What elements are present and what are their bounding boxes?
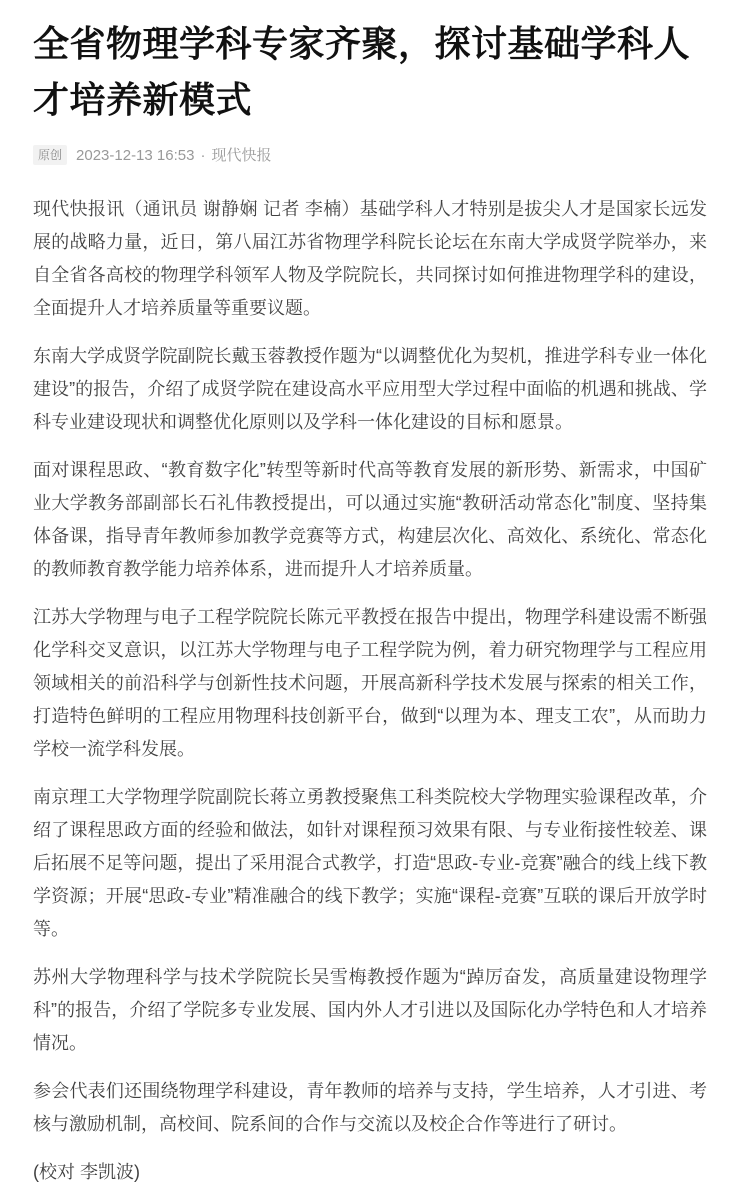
publish-datetime: 2023-12-13 16:53 — [76, 147, 194, 164]
article-paragraph-suda: 苏州大学物理科学与技术学院院长吴雪梅教授作题为“踔厉奋发，高质量建设物理学科”的… — [33, 961, 707, 1060]
proofreader-line: (校对 李凯波) — [33, 1156, 707, 1189]
article-meta: 原创 2023-12-13 16:53 · 现代快报 — [33, 144, 707, 165]
article-paragraph-njust: 南京理工大学物理学院副院长蒋立勇教授聚焦工科类院校大学物理实验课程改革，介绍了课… — [33, 781, 707, 946]
article-paragraph-cumt: 面对课程思政、“教育数字化”转型等新时代高等教育发展的新形势、新需求，中国矿业大… — [33, 454, 707, 586]
original-badge: 原创 — [33, 145, 67, 165]
meta-text: 2023-12-13 16:53 · 现代快报 — [76, 144, 271, 165]
article-page: 全省物理学科专家齐聚，探讨基础学科人才培养新模式 原创 2023-12-13 1… — [0, 0, 740, 1197]
article-paragraph-discussion: 参会代表们还围绕物理学科建设，青年教师的培养与支持，学生培养，人才引进、考核与激… — [33, 1075, 707, 1141]
article-paragraph-intro: 现代快报讯（通讯员 谢静娴 记者 李楠）基础学科人才特别是拔尖人才是国家长远发展… — [33, 193, 707, 325]
article-paragraph-jiangsu-univ: 江苏大学物理与电子工程学院院长陈元平教授在报告中提出，物理学科建设需不断强化学科… — [33, 601, 707, 766]
article-paragraph-seu-chengxian: 东南大学成贤学院副院长戴玉蓉教授作题为“以调整优化为契机，推进学科专业一体化建设… — [33, 340, 707, 439]
article-body: 现代快报讯（通讯员 谢静娴 记者 李楠）基础学科人才特别是拔尖人才是国家长远发展… — [33, 193, 707, 1189]
source-name: 现代快报 — [211, 144, 271, 165]
article-title: 全省物理学科专家齐聚，探讨基础学科人才培养新模式 — [33, 16, 707, 128]
meta-separator: · — [200, 147, 205, 164]
